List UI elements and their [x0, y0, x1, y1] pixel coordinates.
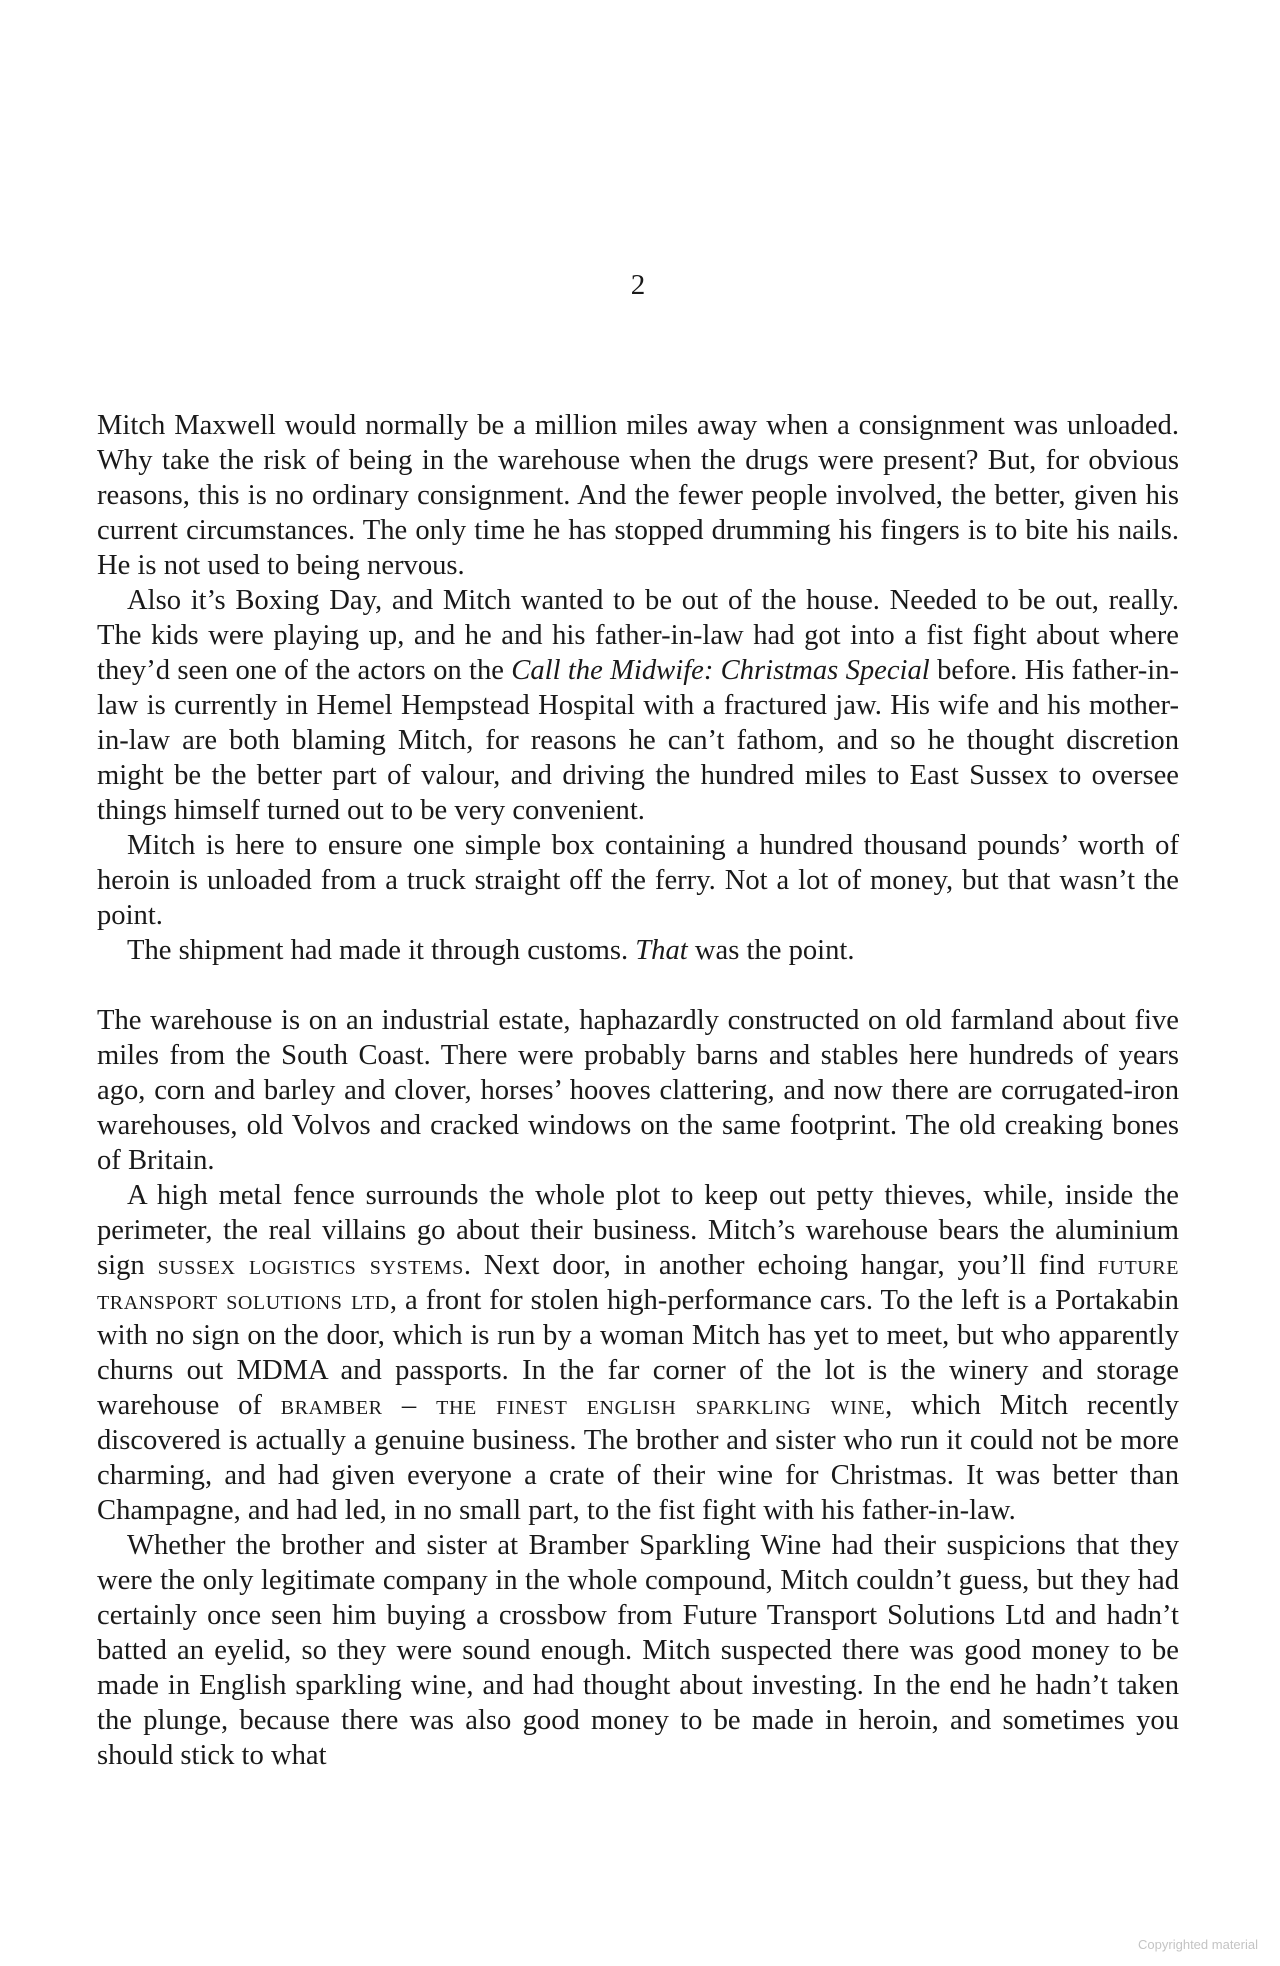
text-segment: Mitch Maxwell would normally be a millio…: [97, 410, 1179, 581]
copyright-watermark: Copyrighted material: [1138, 1937, 1258, 1952]
chapter-body: Mitch Maxwell would normally be a millio…: [97, 408, 1179, 1773]
text-segment: The shipment had made it through customs…: [127, 935, 635, 966]
tv-title-italic: Call the Midwife: Christmas Special: [511, 655, 929, 686]
paragraph: Mitch Maxwell would normally be a millio…: [97, 408, 1179, 583]
text-segment: Whether the brother and sister at Brambe…: [97, 1530, 1179, 1771]
text-segment: . Next door, in another echoing hangar, …: [464, 1250, 1098, 1281]
sign-name-smallcaps: BRAMBER – THE FINEST ENGLISH SPARKLING W…: [281, 1390, 885, 1421]
paragraph: Also it’s Boxing Day, and Mitch wanted t…: [97, 583, 1179, 828]
paragraph: Mitch is here to ensure one simple box c…: [97, 828, 1179, 933]
paragraph: Whether the brother and sister at Brambe…: [97, 1528, 1179, 1773]
paragraph: The shipment had made it through customs…: [97, 933, 1179, 968]
text-segment: The warehouse is on an industrial estate…: [97, 1005, 1179, 1176]
paragraph: A high metal fence surrounds the whole p…: [97, 1178, 1179, 1528]
sign-name-smallcaps: SUSSEX LOGISTICS SYSTEMS: [158, 1250, 464, 1281]
text-segment: Mitch is here to ensure one simple box c…: [97, 830, 1179, 931]
paragraph-section-start: The warehouse is on an industrial estate…: [97, 1003, 1179, 1178]
emphasis-italic: That: [635, 935, 687, 966]
chapter-number: 2: [97, 268, 1179, 302]
text-segment: was the point.: [688, 935, 855, 966]
